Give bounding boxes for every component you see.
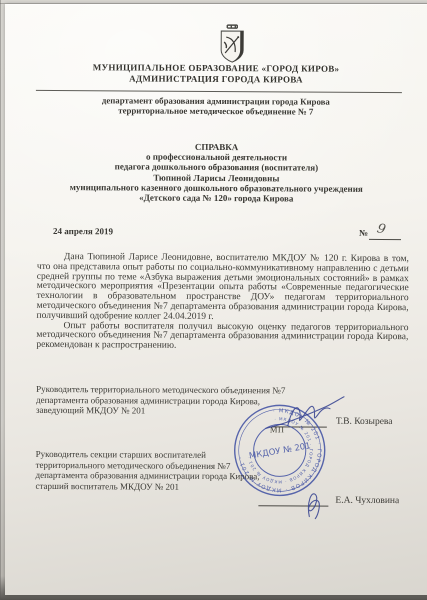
paper-top-edge bbox=[0, 3, 427, 4]
body-text: Дана Тюпиной Ларисе Леонидовне, воспитат… bbox=[36, 253, 409, 353]
signature2-role: Руководитель секции старших воспитателей… bbox=[35, 449, 335, 493]
document-date: 24 апреля 2019 bbox=[53, 226, 113, 236]
number-sign: № bbox=[359, 228, 368, 238]
signature2-role-line4: старший воспитатель МКДОУ № 201 bbox=[35, 481, 335, 493]
kirov-coat-of-arms-icon bbox=[218, 23, 246, 67]
photo-of-document: { "header": { "emblem": "kirov-coat-of-a… bbox=[0, 0, 427, 600]
org-name-line2: АДМИНИСТРАЦИЯ ГОРОДА КИРОВА bbox=[6, 73, 426, 86]
document-paper: МУНИЦИПАЛЬНОЕ ОБРАЗОВАНИЕ «ГОРОД КИРОВ» … bbox=[5, 4, 427, 595]
date-number-row: 24 апреля 2019 № 9 bbox=[53, 226, 401, 228]
signature2-name: Е.А. Чухловина bbox=[335, 496, 399, 506]
document-title-block: СПРАВКА о профессиональной деятельности … bbox=[5, 141, 427, 205]
signature2-line bbox=[258, 505, 328, 506]
number-underline bbox=[369, 239, 401, 240]
photo-left-edge bbox=[0, 0, 1, 600]
document-content: МУНИЦИПАЛЬНОЕ ОБРАЗОВАНИЕ «ГОРОД КИРОВ» … bbox=[3, 3, 427, 597]
body-paragraph-2: Опыт работы воспитателя получил высокую … bbox=[36, 321, 408, 353]
title-line6: «Детского сада № 120» города Кирова bbox=[5, 192, 427, 205]
number-handwritten-value: 9 bbox=[375, 221, 387, 238]
header-divider bbox=[36, 90, 402, 93]
signature1-name: Т.В. Козырева bbox=[336, 417, 393, 427]
dept-line2: территориальное методическое объединение… bbox=[6, 105, 426, 118]
body-paragraph-1: Дана Тюпиной Ларисе Леонидовне, воспитат… bbox=[37, 253, 409, 324]
